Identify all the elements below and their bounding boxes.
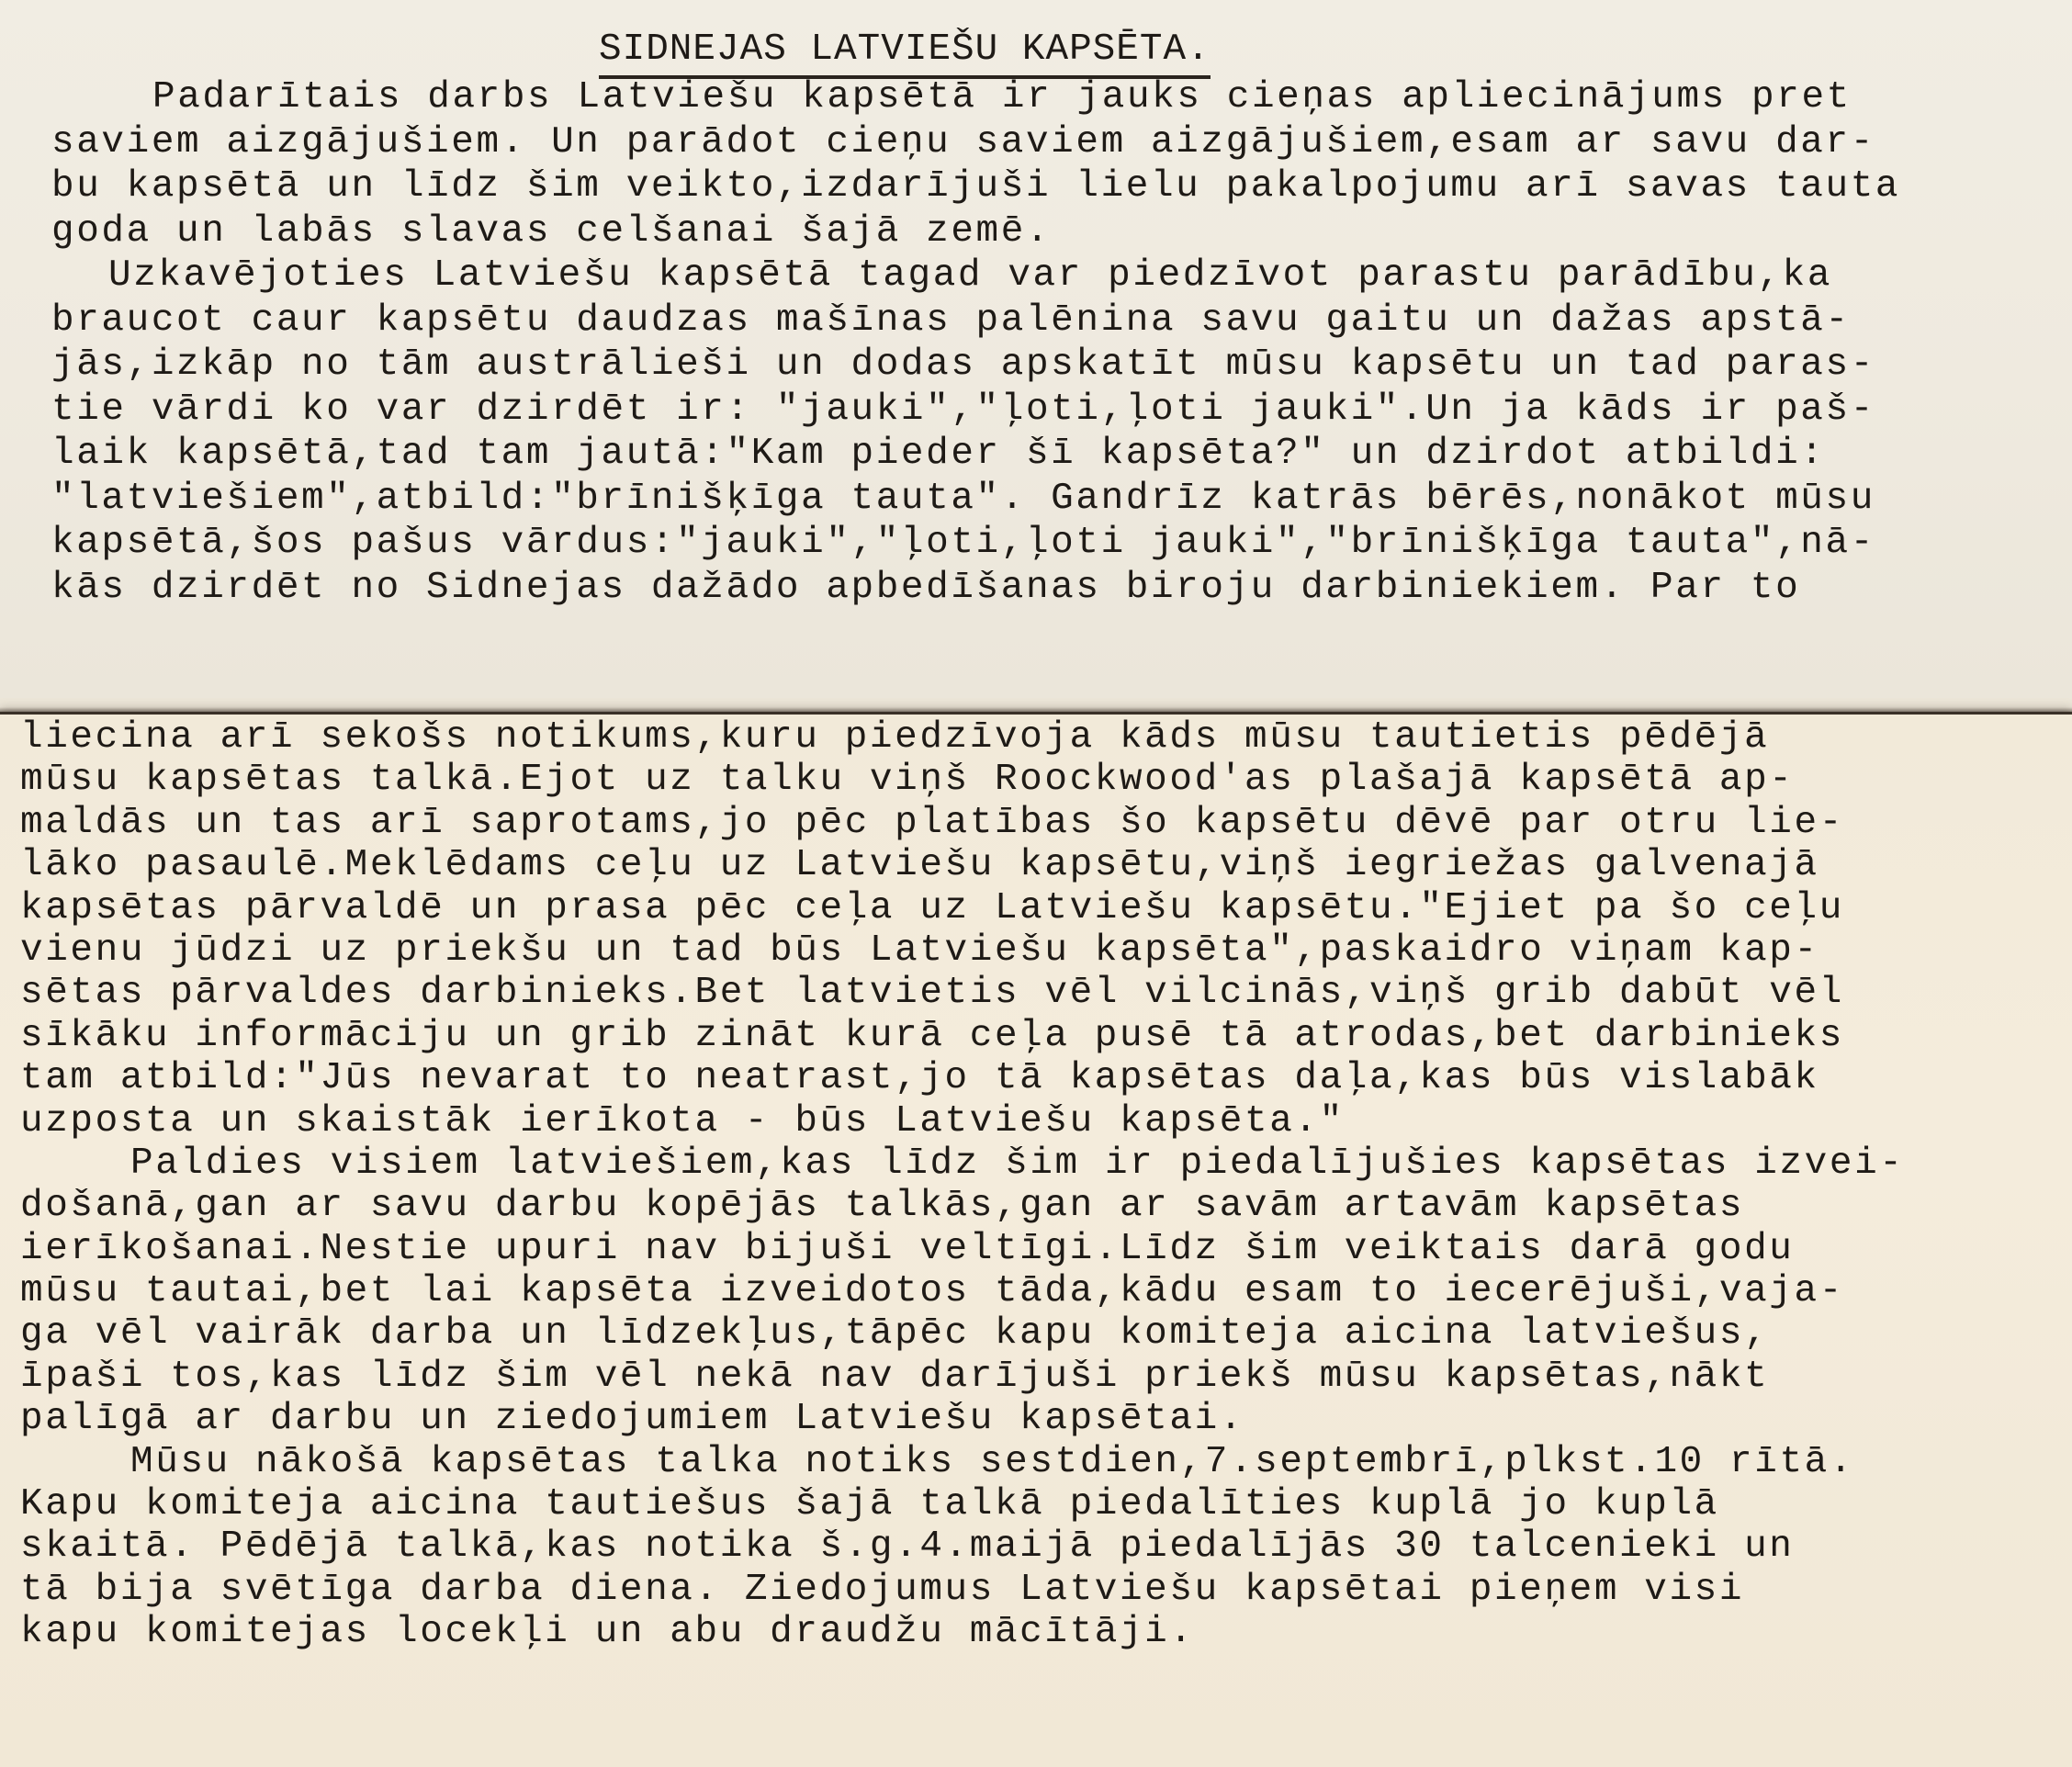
text-line: Padarītais darbs Latviešu kapsētā ir jau… [51,75,1900,120]
text-line: kapu komitejas locekļi un abu draudžu mā… [20,1611,1904,1653]
text-line: Paldies visiem latviešiem,kas līdz šim i… [20,1142,1904,1185]
text-line: Mūsu nākošā kapsētas talka notiks sestdi… [20,1441,1904,1483]
text-line: palīgā ar darbu un ziedojumiem Latviešu … [20,1398,1904,1440]
text-line: jās,izkāp no tām austrālieši un dodas ap… [51,343,1900,388]
text-line: lāko pasaulē.Meklēdams ceļu uz Latviešu … [20,844,1904,886]
text-line: Uzkavējoties Latviešu kapsētā tagad var … [51,253,1900,298]
text-line: sētas pārvaldes darbinieks.Bet latvietis… [20,972,1904,1014]
text-line: tam atbild:"Jūs nevarat to neatrast,jo t… [20,1057,1904,1099]
text-line: mūsu kapsētas talkā.Ejot uz talku viņš R… [20,759,1904,801]
text-line: braucot caur kapsētu daudzas mašīnas pal… [51,298,1900,343]
text-line: ierīkošanai.Nestie upuri nav bijuši velt… [20,1228,1904,1270]
text-line: laik kapsētā,tad tam jautā:"Kam pieder š… [51,432,1900,477]
text-line: maldās un tas arī saprotams,jo pēc platī… [20,802,1904,844]
text-line: goda un labās slavas celšanai šajā zemē. [51,209,1900,254]
text-line: ga vēl vairāk darba un līdzekļus,tāpēc k… [20,1312,1904,1355]
text-line: bu kapsētā un līdz šim veikto,izdarījuši… [51,164,1900,209]
text-line: kapsētā,šos pašus vārdus:"jauki","ļoti,ļ… [51,521,1900,566]
text-line: kapsētas pārvaldē un prasa pēc ceļa uz L… [20,887,1904,929]
text-line: sīkāku informāciju un grib zināt kurā ce… [20,1015,1904,1057]
text-line: kās dzirdēt no Sidnejas dažādo apbedīšan… [51,566,1900,611]
text-line: skaitā. Pēdējā talkā,kas notika š.g.4.ma… [20,1525,1904,1568]
upper-text-block: Padarītais darbs Latviešu kapsētā ir jau… [51,75,1900,610]
text-line: īpaši tos,kas līdz šim vēl nekā nav darī… [20,1356,1904,1398]
text-line: Kapu komiteja aicina tautiešus šajā talk… [20,1483,1904,1525]
text-line: "latviešiem",atbild:"brīnišķīga tauta". … [51,477,1900,522]
text-line: vienu jūdzi uz priekšu un tad būs Latvie… [20,929,1904,972]
text-line: liecina arī sekošs notikums,kuru piedzīv… [20,716,1904,759]
text-line: došanā,gan ar savu darbu kopējās talkās,… [20,1185,1904,1227]
document-title: SIDNEJAS LATVIEŠU KAPSĒTA. [599,26,1211,79]
lower-text-block: liecina arī sekošs notikums,kuru piedzīv… [20,716,1904,1654]
text-line: saviem aizgājušiem. Un parādot cieņu sav… [51,120,1900,165]
text-line: mūsu tautai,bet lai kapsēta izveidotos t… [20,1270,1904,1312]
text-line: uzposta un skaistāk ierīkota - būs Latvi… [20,1100,1904,1142]
text-line: tā bija svētīga darba diena. Ziedojumus … [20,1569,1904,1611]
text-line: tie vārdi ko var dzirdēt ir: "jauki","ļo… [51,388,1900,433]
